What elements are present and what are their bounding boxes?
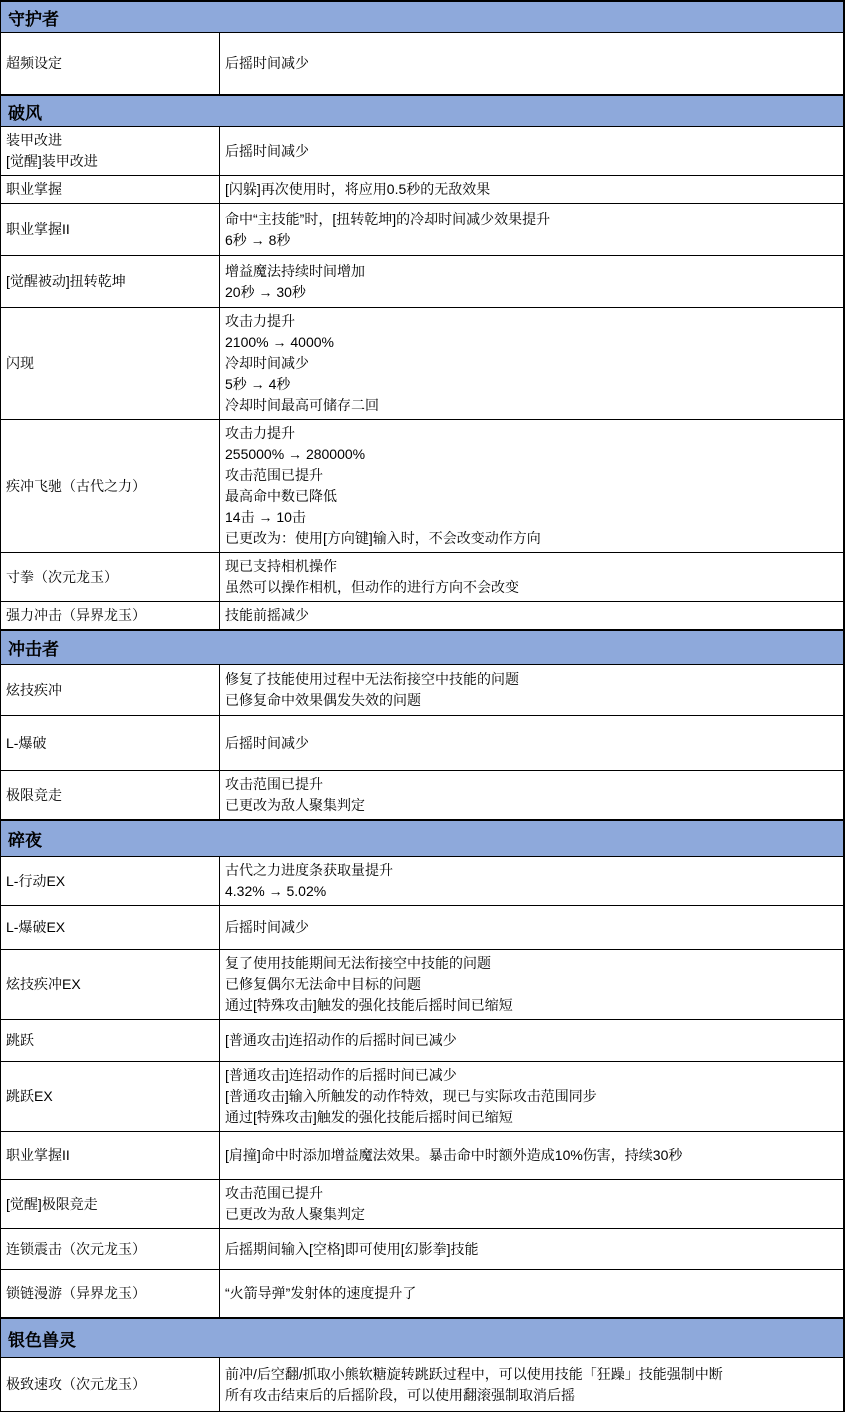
skill-name-cell: 强力冲击（异界龙玉） [1, 602, 220, 629]
skill-name-line: 炫技疾冲 [6, 680, 214, 701]
skill-name-line: 极限竞走 [6, 785, 214, 806]
description-line: 前冲/后空翻/抓取小熊软糖旋转跳跃过程中，可以使用技能「狂躁」技能强制中断 [225, 1364, 838, 1385]
skill-name-line: [觉醒被动]扭转乾坤 [6, 271, 214, 292]
skill-name-line: 跳跃 [6, 1030, 214, 1051]
section-title: 破风 [8, 99, 42, 124]
description-cell: 后摇时间减少 [220, 716, 843, 770]
skill-name-cell: L-爆破 [1, 716, 220, 770]
description-line: 命中“主技能”时，[扭转乾坤]的冷却时间减少效果提升 [225, 209, 838, 230]
description-line: 攻击范围已提升 [225, 774, 838, 795]
description-cell: 命中“主技能”时，[扭转乾坤]的冷却时间减少效果提升6秒 → 8秒 [220, 204, 843, 255]
skill-name-line: 职业掌握 [6, 179, 214, 200]
description-line: 5秒 → 4秒 [225, 374, 838, 395]
description-line: 20秒 → 30秒 [225, 282, 838, 303]
table-row: 超频设定后摇时间减少 [1, 33, 843, 95]
skill-name-line: 疾冲飞驰（古代之力） [6, 476, 214, 497]
description-line: 14击 → 10击 [225, 507, 838, 528]
description-line: 修复了技能使用过程中无法衔接空中技能的问题 [225, 669, 838, 690]
description-line: 2100% → 4000% [225, 332, 838, 353]
description-cell: [普通攻击]连招动作的后摇时间已减少[普通攻击]输入所触发的动作特效，现已与实际… [220, 1062, 843, 1131]
skill-name-cell: L-行动EX [1, 857, 220, 905]
skill-name-cell: 职业掌握II [1, 204, 220, 255]
skill-name-cell: 超频设定 [1, 33, 220, 94]
skill-name-cell: 锁链漫游（异界龙玉） [1, 1270, 220, 1317]
section-title: 守护者 [8, 5, 59, 30]
skill-name-cell: 职业掌握II [1, 1132, 220, 1179]
table-row: 锁链漫游（异界龙玉）“火箭导弹”发射体的速度提升了 [1, 1270, 843, 1318]
table-row: 强力冲击（异界龙玉）技能前摇减少 [1, 602, 843, 630]
table-row: L-爆破EX后摇时间减少 [1, 906, 843, 950]
section-header: 守护者 [1, 2, 843, 33]
skill-name-cell: 炫技疾冲EX [1, 950, 220, 1019]
skill-name-line: 寸拳（次元龙玉） [6, 567, 214, 588]
patch-notes-table: 守护者超频设定后摇时间减少破风装甲改进[觉醒]装甲改进后摇时间减少职业掌握[闪躲… [0, 0, 845, 1412]
description-cell: 现已支持相机操作虽然可以操作相机，但动作的进行方向不会改变 [220, 553, 843, 601]
description-line: 已更改为敌人聚集判定 [225, 1204, 838, 1225]
skill-name-line: 装甲改进 [6, 130, 214, 151]
description-line: 后摇时间减少 [225, 53, 838, 74]
description-cell: 攻击力提升2100% → 4000%冷却时间减少5秒 → 4秒冷却时间最高可储存… [220, 308, 843, 419]
section-title: 冲击者 [8, 635, 59, 660]
skill-name-cell: 闪现 [1, 308, 220, 419]
description-cell: 后摇时间减少 [220, 33, 843, 94]
table-row: [觉醒]极限竞走攻击范围已提升已更改为敌人聚集判定 [1, 1180, 843, 1229]
description-cell: 修复了技能使用过程中无法衔接空中技能的问题已修复命中效果偶发失效的问题 [220, 665, 843, 715]
description-line: 所有攻击结束后的后摇阶段，可以使用翻滚强制取消后摇 [225, 1385, 838, 1406]
description-line: 冷却时间最高可储存二回 [225, 395, 838, 416]
description-line: “火箭导弹”发射体的速度提升了 [225, 1283, 838, 1304]
skill-name-cell: [觉醒被动]扭转乾坤 [1, 256, 220, 307]
skill-name-cell: 寸拳（次元龙玉） [1, 553, 220, 601]
skill-name-line: [觉醒]极限竞走 [6, 1194, 214, 1215]
table-row: 跳跃EX[普通攻击]连招动作的后摇时间已减少[普通攻击]输入所触发的动作特效，现… [1, 1062, 843, 1132]
skill-name-line: L-爆破EX [6, 917, 214, 938]
description-cell: 后摇期间输入[空格]即可使用[幻影拳]技能 [220, 1229, 843, 1269]
description-cell: 前冲/后空翻/抓取小熊软糖旋转跳跃过程中，可以使用技能「狂躁」技能强制中断所有攻… [220, 1358, 843, 1411]
skill-name-cell: 极致速攻（次元龙玉） [1, 1358, 220, 1411]
table-row: [觉醒被动]扭转乾坤增益魔法持续时间增加20秒 → 30秒 [1, 256, 843, 308]
skill-name-line: 强力冲击（异界龙玉） [6, 605, 214, 626]
description-line: 后摇期间输入[空格]即可使用[幻影拳]技能 [225, 1239, 838, 1260]
section-title: 碎夜 [8, 826, 42, 851]
table-row: 寸拳（次元龙玉）现已支持相机操作虽然可以操作相机，但动作的进行方向不会改变 [1, 553, 843, 602]
section-title: 银色兽灵 [8, 1326, 76, 1351]
skill-name-line: L-行动EX [6, 871, 214, 892]
description-cell: 后摇时间减少 [220, 127, 843, 175]
table-row: 疾冲飞驰（古代之力）攻击力提升255000% → 280000%攻击范围已提升最… [1, 420, 843, 553]
skill-name-line: 闪现 [6, 353, 214, 374]
skill-name-cell: L-爆破EX [1, 906, 220, 949]
skill-name-cell: 连锁震击（次元龙玉） [1, 1229, 220, 1269]
description-line: [普通攻击]输入所触发的动作特效，现已与实际攻击范围同步 [225, 1086, 838, 1107]
table-row: 炫技疾冲EX复了使用技能期间无法衔接空中技能的问题已修复偶尔无法命中目标的问题通… [1, 950, 843, 1020]
description-line: [肩撞]命中时添加增益魔法效果。暴击命中时额外造成10%伤害，持续30秒 [225, 1145, 838, 1166]
skill-name-line: 职业掌握II [6, 1145, 214, 1166]
table-row: L-行动EX古代之力进度条获取量提升4.32% → 5.02% [1, 857, 843, 906]
section-header: 碎夜 [1, 820, 843, 857]
table-row: 连锁震击（次元龙玉）后摇期间输入[空格]即可使用[幻影拳]技能 [1, 1229, 843, 1270]
description-line: 已更改为：使用[方向键]输入时，不会改变动作方向 [225, 528, 838, 549]
description-cell: 古代之力进度条获取量提升4.32% → 5.02% [220, 857, 843, 905]
table-row: 装甲改进[觉醒]装甲改进后摇时间减少 [1, 127, 843, 176]
skill-name-line: 炫技疾冲EX [6, 974, 214, 995]
skill-name-cell: [觉醒]极限竞走 [1, 1180, 220, 1228]
description-line: 冷却时间减少 [225, 353, 838, 374]
description-line: 已修复命中效果偶发失效的问题 [225, 690, 838, 711]
description-line: 虽然可以操作相机，但动作的进行方向不会改变 [225, 577, 838, 598]
skill-name-line: 极致速攻（次元龙玉） [6, 1374, 214, 1395]
description-line: 攻击力提升 [225, 423, 838, 444]
skill-name-cell: 职业掌握 [1, 176, 220, 203]
description-line: 后摇时间减少 [225, 141, 838, 162]
table-row: 跳跃[普通攻击]连招动作的后摇时间已减少 [1, 1020, 843, 1062]
skill-name-cell: 装甲改进[觉醒]装甲改进 [1, 127, 220, 175]
description-line: [普通攻击]连招动作的后摇时间已减少 [225, 1030, 838, 1051]
description-line: 攻击范围已提升 [225, 465, 838, 486]
description-cell: 后摇时间减少 [220, 906, 843, 949]
description-line: 通过[特殊攻击]触发的强化技能后摇时间已缩短 [225, 995, 838, 1016]
description-line: 现已支持相机操作 [225, 556, 838, 577]
description-line: 复了使用技能期间无法衔接空中技能的问题 [225, 953, 838, 974]
description-cell: 攻击范围已提升已更改为敌人聚集判定 [220, 771, 843, 819]
table-row: 闪现攻击力提升2100% → 4000%冷却时间减少5秒 → 4秒冷却时间最高可… [1, 308, 843, 420]
skill-name-line: 超频设定 [6, 53, 214, 74]
skill-name-line: L-爆破 [6, 733, 214, 754]
skill-name-line: 跳跃EX [6, 1086, 214, 1107]
section-header: 银色兽灵 [1, 1318, 843, 1358]
description-line: 4.32% → 5.02% [225, 881, 838, 902]
description-cell: 攻击力提升255000% → 280000%攻击范围已提升最高命中数已降低14击… [220, 420, 843, 552]
skill-name-line: 职业掌握II [6, 219, 214, 240]
description-line: 后摇时间减少 [225, 917, 838, 938]
description-line: 技能前摇减少 [225, 605, 838, 626]
skill-name-line: 锁链漫游（异界龙玉） [6, 1283, 214, 1304]
description-line: 6秒 → 8秒 [225, 230, 838, 251]
table-row: 极限竞走攻击范围已提升已更改为敌人聚集判定 [1, 771, 843, 820]
description-line: 增益魔法持续时间增加 [225, 261, 838, 282]
table-row: 极致速攻（次元龙玉）前冲/后空翻/抓取小熊软糖旋转跳跃过程中，可以使用技能「狂躁… [1, 1358, 843, 1411]
section-header: 冲击者 [1, 630, 843, 665]
skill-name-cell: 跳跃EX [1, 1062, 220, 1131]
section-header: 破风 [1, 95, 843, 127]
description-line: 255000% → 280000% [225, 444, 838, 465]
description-line: 后摇时间减少 [225, 733, 838, 754]
description-cell: 技能前摇减少 [220, 602, 843, 629]
table-row: 职业掌握II命中“主技能”时，[扭转乾坤]的冷却时间减少效果提升6秒 → 8秒 [1, 204, 843, 256]
description-cell: [闪躲]再次使用时，将应用0.5秒的无敌效果 [220, 176, 843, 203]
description-line: 攻击范围已提升 [225, 1183, 838, 1204]
description-line: 最高命中数已降低 [225, 486, 838, 507]
skill-name-line: 连锁震击（次元龙玉） [6, 1239, 214, 1260]
description-line: 已更改为敌人聚集判定 [225, 795, 838, 816]
skill-name-cell: 极限竞走 [1, 771, 220, 819]
description-cell: 复了使用技能期间无法衔接空中技能的问题已修复偶尔无法命中目标的问题通过[特殊攻击… [220, 950, 843, 1019]
skill-name-cell: 跳跃 [1, 1020, 220, 1061]
description-cell: 增益魔法持续时间增加20秒 → 30秒 [220, 256, 843, 307]
description-line: 古代之力进度条获取量提升 [225, 860, 838, 881]
table-row: 职业掌握[闪躲]再次使用时，将应用0.5秒的无敌效果 [1, 176, 843, 204]
description-line: 通过[特殊攻击]触发的强化技能后摇时间已缩短 [225, 1107, 838, 1128]
table-row: L-爆破后摇时间减少 [1, 716, 843, 771]
description-cell: 攻击范围已提升已更改为敌人聚集判定 [220, 1180, 843, 1228]
skill-name-cell: 炫技疾冲 [1, 665, 220, 715]
table-row: 职业掌握II[肩撞]命中时添加增益魔法效果。暴击命中时额外造成10%伤害，持续3… [1, 1132, 843, 1180]
description-cell: [普通攻击]连招动作的后摇时间已减少 [220, 1020, 843, 1061]
description-line: [普通攻击]连招动作的后摇时间已减少 [225, 1065, 838, 1086]
description-line: 攻击力提升 [225, 311, 838, 332]
description-line: [闪躲]再次使用时，将应用0.5秒的无敌效果 [225, 179, 838, 200]
table-row: 炫技疾冲修复了技能使用过程中无法衔接空中技能的问题已修复命中效果偶发失效的问题 [1, 665, 843, 716]
description-cell: [肩撞]命中时添加增益魔法效果。暴击命中时额外造成10%伤害，持续30秒 [220, 1132, 843, 1179]
skill-name-cell: 疾冲飞驰（古代之力） [1, 420, 220, 552]
description-cell: “火箭导弹”发射体的速度提升了 [220, 1270, 843, 1317]
skill-name-line: [觉醒]装甲改进 [6, 151, 214, 172]
description-line: 已修复偶尔无法命中目标的问题 [225, 974, 838, 995]
